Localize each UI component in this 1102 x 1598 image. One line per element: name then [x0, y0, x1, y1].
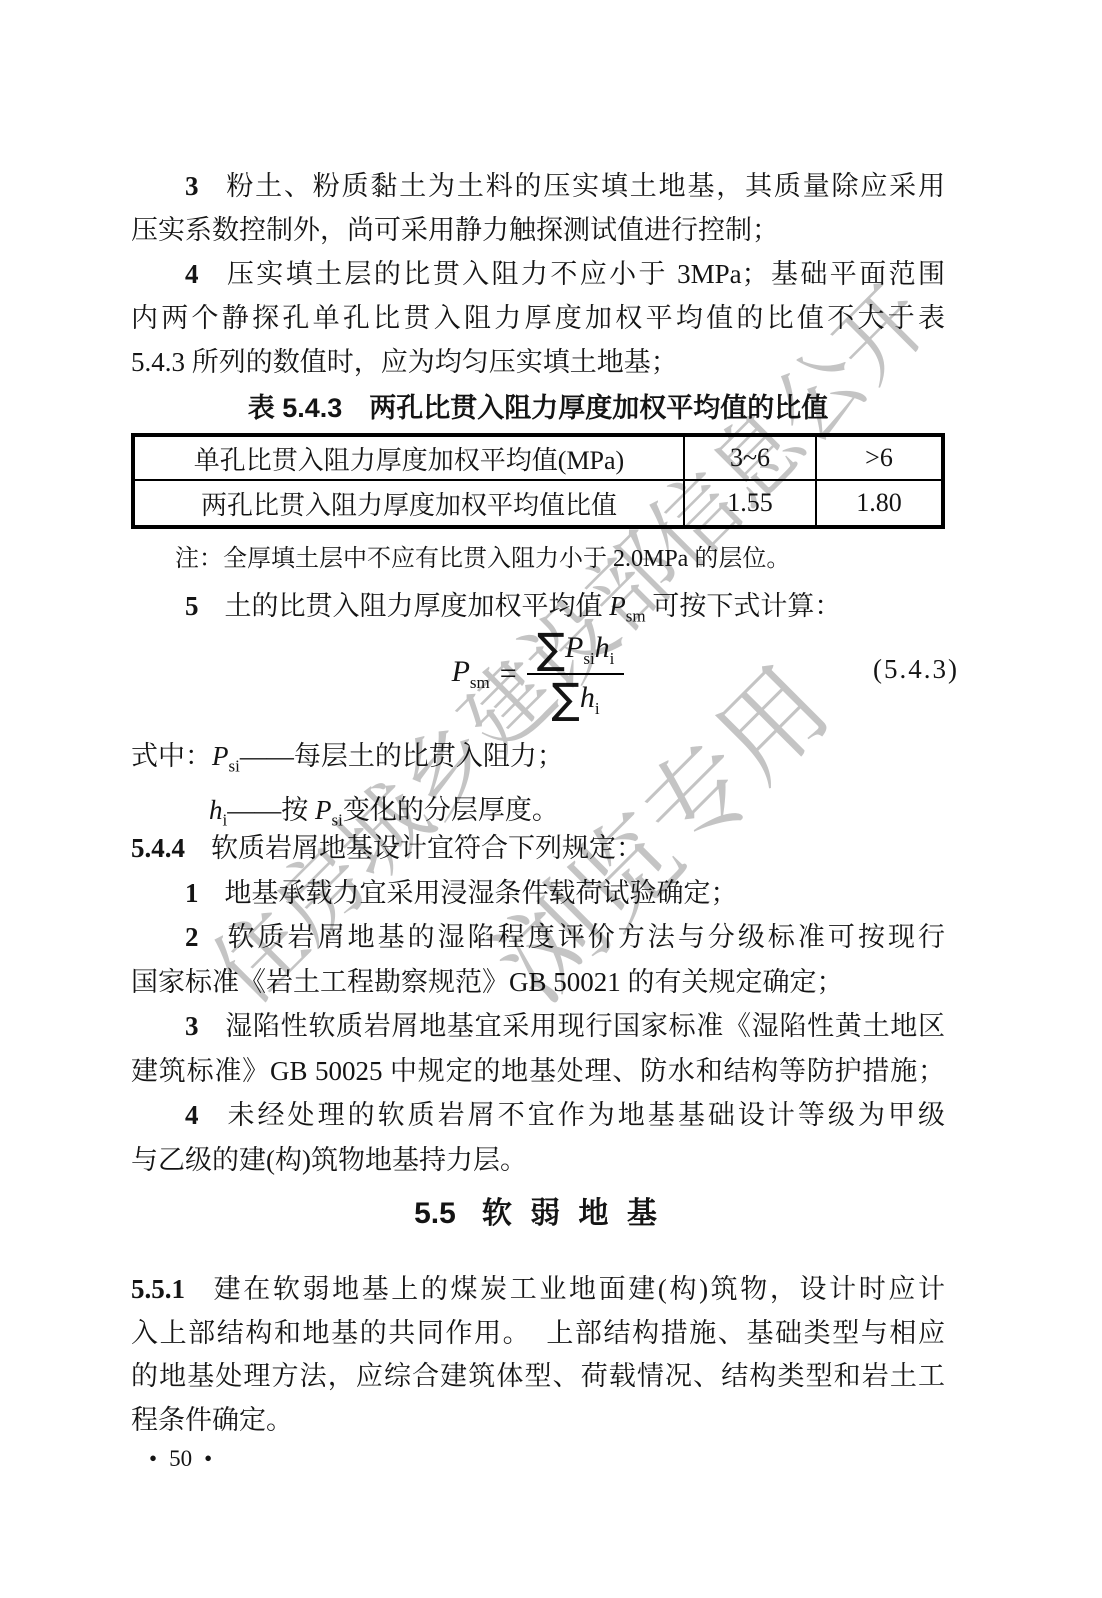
document-page: 住房城乡建设部信息公开 浏览专用 3粉土、粉质黏土为土料的压实填土地基，其质量除… — [0, 0, 1102, 1598]
table-5-4-3: 单孔比贯入阻力厚度加权平均值(MPa) 3~6 >6 两孔比贯入阻力厚度加权平均… — [131, 433, 945, 529]
clause-5-4-4-text: 软质岩屑地基设计宜符合下列规定： — [211, 833, 643, 863]
variable-p: P — [212, 741, 229, 771]
variable-h: h — [595, 631, 610, 664]
item-2-line-1: 2软质岩屑地基的湿陷程度评价方法与分级标准可按现行 — [131, 915, 945, 960]
variable-h: h — [580, 681, 595, 714]
clause-5-5-1-number: 5.5.1 — [131, 1274, 185, 1304]
clauses-3-4: 3粉土、粉质黏土为土料的压实填土地基，其质量除应采用 压实系数控制外，尚可采用静… — [131, 164, 945, 384]
formula-fraction: ∑Psihi ∑hi — [527, 628, 625, 720]
item-2-line-2: 国家标准《岩土工程勘察规范》GB 50021 的有关规定确定； — [131, 960, 945, 1005]
section-number: 5.5 — [414, 1197, 456, 1230]
clause-3-line-1: 3粉土、粉质黏土为土料的压实填土地基，其质量除应采用 — [131, 164, 945, 208]
subscript-i: i — [610, 649, 615, 668]
fraction-denominator: ∑hi — [552, 675, 600, 720]
item-2-number: 2 — [185, 922, 199, 952]
variable-h: h — [209, 795, 223, 825]
clause-5-4-4-title: 5.4.4软质岩屑地基设计宜符合下列规定： — [131, 826, 945, 871]
clause-3-text-1: 粉土、粉质黏土为土料的压实填土地基，其质量除应采用 — [225, 171, 946, 201]
clause-5-4-4: 5.4.4软质岩屑地基设计宜符合下列规定： 1地基承载力宜采用浸湿条件载荷试验确… — [131, 826, 945, 1182]
formula-expression: Psm = ∑Psihi ∑hi — [452, 628, 625, 720]
item-4-text-1: 未经处理的软质岩屑不宜作为地基基础设计等级为甲级 — [225, 1100, 946, 1130]
clause-3-line-2: 压实系数控制外，尚可采用静力触探测试值进行控制； — [131, 208, 945, 252]
variable-p: P — [565, 631, 583, 664]
item-3-text-1: 湿陷性软质岩屑地基宜采用现行国家标准《湿陷性黄土地区 — [225, 1011, 946, 1041]
equation-number: (5.4.3) — [873, 654, 959, 685]
formula-lhs: Psm — [452, 655, 490, 693]
table-cell-header-value-2: >6 — [817, 437, 941, 481]
clause-4-text-1: 压实填土层的比贯入阻力不应小于 3MPa；基础平面范围 — [225, 259, 946, 289]
item-5-text-post: 可按下式计算： — [646, 591, 842, 621]
clause-4-line-3: 5.4.3 所列的数值时，应为均匀压实填土地基； — [131, 340, 945, 384]
variable-p: P — [452, 655, 470, 688]
page-number: •50• — [149, 1446, 212, 1472]
clause-5-5-1-line-4: 程条件确定。 — [131, 1399, 945, 1443]
section-title: 软 弱 地 基 — [482, 1197, 662, 1230]
clause-4-number: 4 — [185, 259, 199, 289]
table-cell-header-value-1: 3~6 — [685, 437, 817, 481]
clause-5-5-1-line-2: 入上部结构和地基的共同作用。 上部结构措施、基础类型与相应 — [131, 1312, 945, 1356]
clause-5-5-1: 5.5.1建在软弱地基上的煤炭工业地面建(构)筑物，设计时应计 入上部结构和地基… — [131, 1268, 945, 1442]
item-1-number: 1 — [185, 878, 199, 908]
dash: —— — [227, 795, 281, 825]
item-3-line-2: 建筑标准》GB 50025 中规定的地基处理、防水和结构等防护措施； — [131, 1049, 945, 1094]
page-number-dot-right: • — [204, 1446, 212, 1471]
sigma-symbol: ∑ — [537, 624, 565, 673]
where-text-2-pre: 按 — [281, 795, 315, 825]
clause-5-5-1-line-1: 5.5.1建在软弱地基上的煤炭工业地面建(构)筑物，设计时应计 — [131, 1268, 945, 1312]
subscript-si: si — [229, 756, 240, 775]
item-4-line-1: 4未经处理的软质岩屑不宜作为地基基础设计等级为甲级 — [131, 1093, 945, 1138]
table-cell-row2-value-2: 1.80 — [817, 481, 941, 525]
item-1-line: 1地基承载力宜采用浸湿条件载荷试验确定； — [131, 871, 945, 916]
table-cell-row2-value-1: 1.55 — [685, 481, 817, 525]
item-2-text-1: 软质岩屑地基的湿陷程度评价方法与分级标准可按现行 — [225, 922, 946, 952]
item-5-number: 5 — [185, 591, 199, 621]
formula-5-4-3: Psm = ∑Psihi ∑hi (5.4.3) — [131, 620, 945, 728]
item-4-number: 4 — [185, 1100, 199, 1130]
clause-4-line-1: 4压实填土层的比贯入阻力不应小于 3MPa；基础平面范围 — [131, 252, 945, 296]
item-3-line-1: 3湿陷性软质岩屑地基宜采用现行国家标准《湿陷性黄土地区 — [131, 1004, 945, 1049]
clause-5-5-1-text-1: 建在软弱地基上的煤炭工业地面建(构)筑物，设计时应计 — [211, 1274, 945, 1304]
page-number-dot-left: • — [149, 1446, 157, 1471]
table-caption: 表 5.4.3 两孔比贯入阻力厚度加权平均值的比值 — [131, 392, 945, 424]
item-5-text-pre: 土的比贯入阻力厚度加权平均值 — [225, 591, 610, 621]
where-text-2-post: 变化的分层厚度。 — [343, 795, 559, 825]
variable-p: P — [315, 795, 332, 825]
table-cell-row2-label: 两孔比贯入阻力厚度加权平均值比值 — [135, 481, 685, 525]
sigma-symbol: ∑ — [552, 674, 580, 723]
clause-5-4-4-number: 5.4.4 — [131, 833, 185, 863]
where-text-1: 每层土的比贯入阻力； — [294, 741, 564, 771]
subscript-sm: sm — [470, 673, 490, 692]
equals-sign: = — [500, 657, 517, 691]
where-line-1: 式中：Psi——每层土的比贯入阻力； — [131, 734, 945, 788]
section-5-5-heading: 5.5软 弱 地 基 — [131, 1194, 945, 1234]
table-cell-header-label: 单孔比贯入阻力厚度加权平均值(MPa) — [135, 437, 685, 481]
item-3-number: 3 — [185, 1011, 199, 1041]
subscript-i: i — [595, 699, 600, 718]
table-note: 注：全厚填土层中不应有比贯入阻力小于 2.0MPa 的层位。 — [175, 545, 790, 573]
where-prefix: 式中： — [131, 741, 212, 771]
item-1-text: 地基承载力宜采用浸湿条件载荷试验确定； — [225, 878, 738, 908]
clause-4-line-2: 内两个静探孔单孔比贯入阻力厚度加权平均值的比值不大于表 — [131, 296, 945, 340]
fraction-numerator: ∑Psihi — [527, 628, 625, 675]
variable-p: P — [609, 591, 626, 621]
dash: —— — [240, 741, 294, 771]
subscript-si: si — [583, 649, 594, 668]
item-4-line-2: 与乙级的建(构)筑物地基持力层。 — [131, 1138, 945, 1183]
clause-3-number: 3 — [185, 171, 199, 201]
clause-5-5-1-line-3: 的地基处理方法，应综合建筑体型、荷载情况、结构类型和岩土工 — [131, 1355, 945, 1399]
page-number-value: 50 — [169, 1446, 192, 1471]
